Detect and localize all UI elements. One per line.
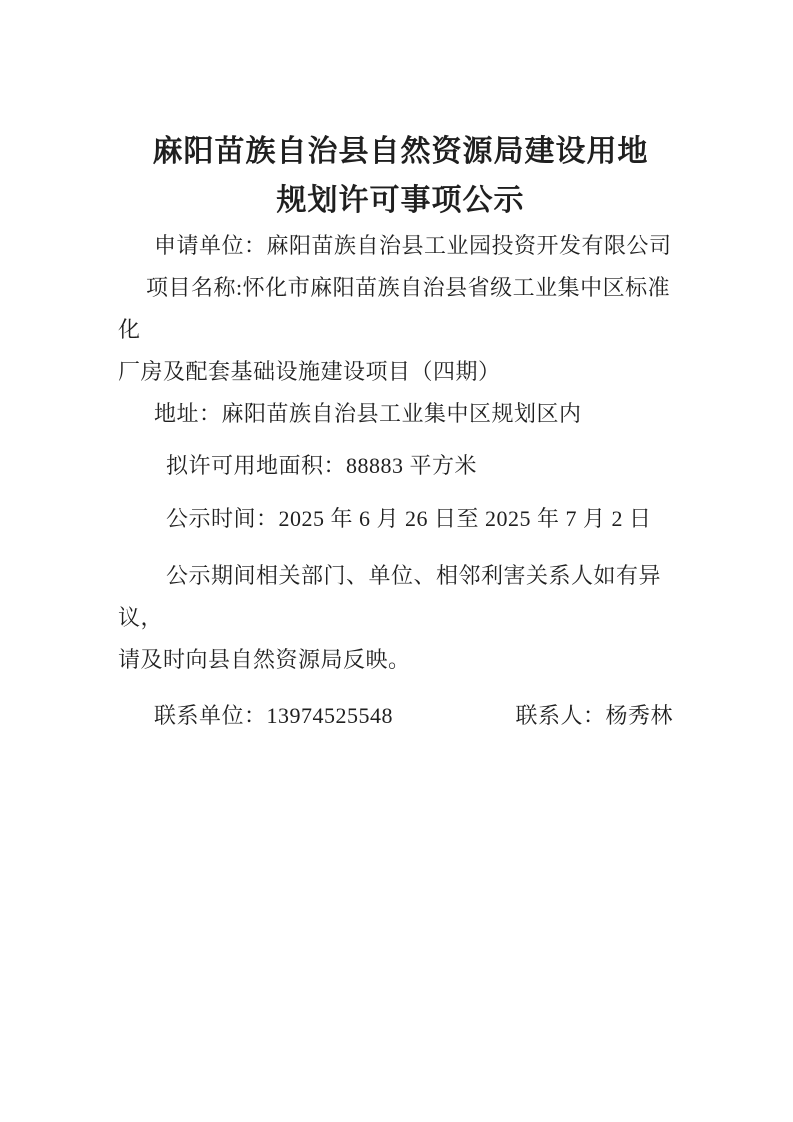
paragraph-objection-line-2: 请及时向县自然资源局反映。 — [118, 639, 683, 681]
paragraph-applicant: 申请单位：麻阳苗族自治县工业园投资开发有限公司 — [118, 225, 683, 267]
title-line-1: 麻阳苗族自治县自然资源局建设用地 — [118, 127, 683, 176]
document-page: 麻阳苗族自治县自然资源局建设用地 规划许可事项公示 申请单位：麻阳苗族自治县工业… — [0, 0, 793, 1122]
paragraph-project-line-2: 厂房及配套基础设施建设项目（四期） — [118, 351, 683, 393]
title-line-2: 规划许可事项公示 — [118, 176, 683, 225]
paragraph-address: 地址：麻阳苗族自治县工业集中区规划区内 — [118, 393, 683, 435]
contact-person: 联系人：杨秀林 — [515, 695, 673, 737]
paragraph-publicity-period: 公示时间：2025 年 6 月 26 日至 2025 年 7 月 2 日 — [118, 498, 683, 540]
paragraph-project: 项目名称:怀化市麻阳苗族自治县省级工业集中区标准化 厂房及配套基础设施建设项目（… — [118, 267, 683, 393]
contact-row: 联系单位：13974525548 联系人：杨秀林 — [118, 695, 683, 737]
paragraph-objection: 公示期间相关部门、单位、相邻利害关系人如有异议， 请及时向县自然资源局反映。 — [118, 555, 683, 681]
document-title: 麻阳苗族自治县自然资源局建设用地 规划许可事项公示 — [118, 127, 683, 225]
paragraph-project-line-1: 项目名称:怀化市麻阳苗族自治县省级工业集中区标准化 — [118, 267, 683, 351]
contact-unit: 联系单位：13974525548 — [154, 695, 393, 737]
paragraph-area: 拟许可用地面积：88883 平方米 — [118, 445, 683, 487]
paragraph-objection-line-1: 公示期间相关部门、单位、相邻利害关系人如有异议， — [118, 555, 683, 639]
